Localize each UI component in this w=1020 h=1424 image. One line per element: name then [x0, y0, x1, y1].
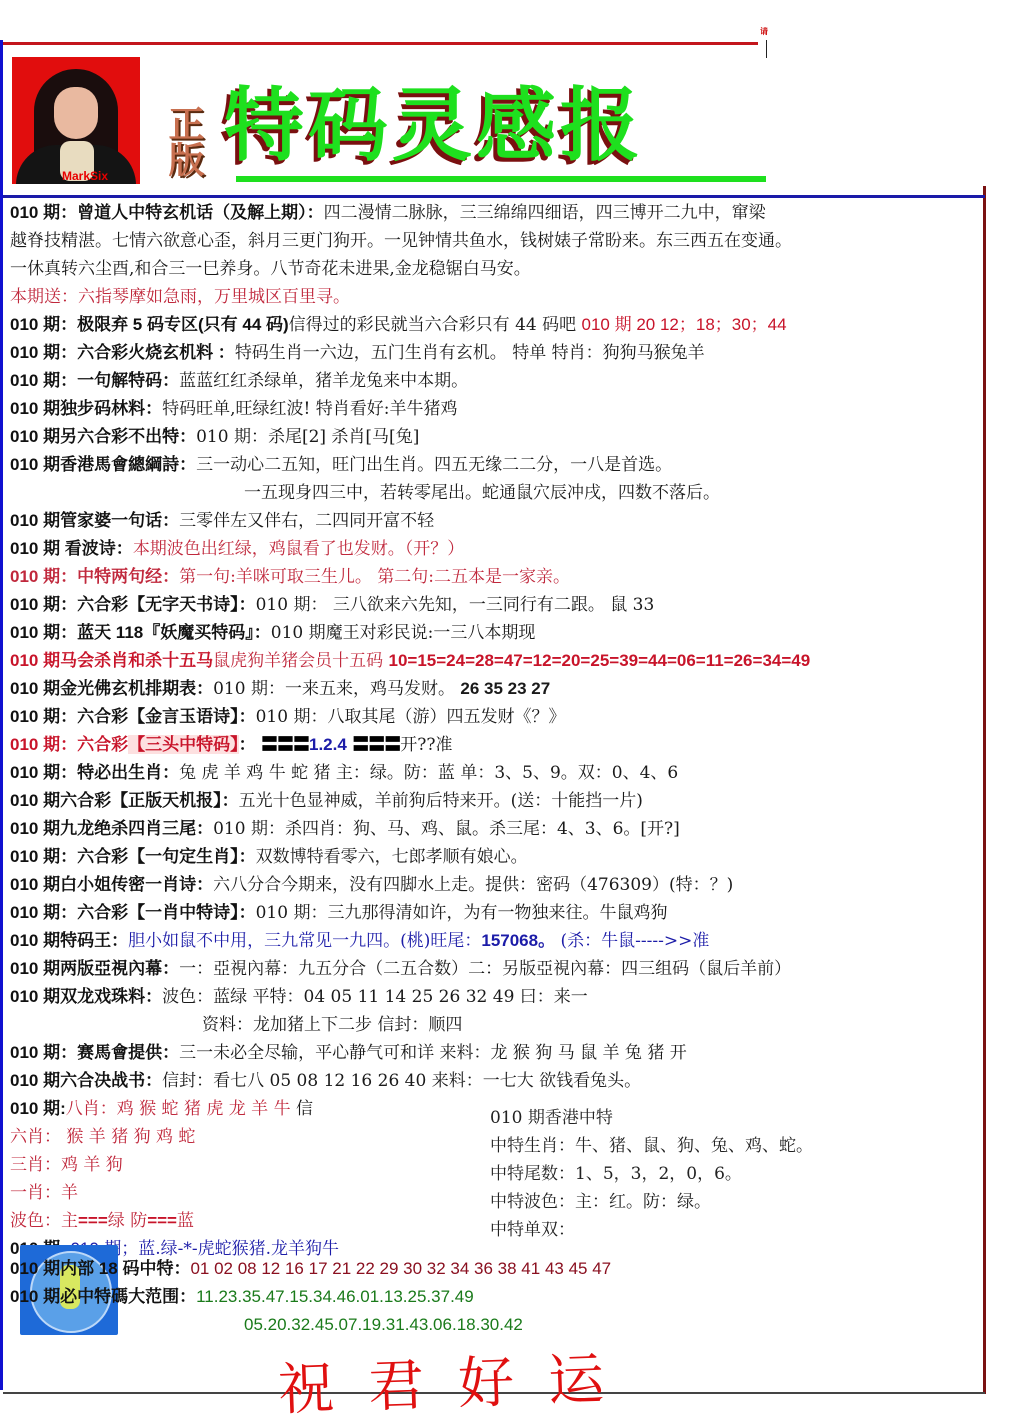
- zodiac-label: 010 期:: [10, 1099, 66, 1118]
- row-text: 一：亞視內幕：九五分合（二五合数）二：另版亞視內幕：四三组码（鼠后羊前）: [179, 959, 791, 979]
- hk-box-zodiac: 中特生肖：牛、猪、鼠、狗、兔、鸡、蛇。: [490, 1132, 813, 1160]
- row-text: 010 期： 三八欲来六先知，一三同行有二跟。 鼠 33: [256, 595, 655, 615]
- row-text: 信封：看七八 05 08 12 16 26 40 来料：一七大 欲钱看兔头。: [162, 1071, 641, 1091]
- portrait-photo: MarkSix: [12, 57, 140, 184]
- row-label: 010 期马会杀肖和杀十五马: [10, 651, 213, 670]
- row-one-sentence: 010 期：一句解特码：蓝蓝红红杀绿单，猪羊龙兔来中本期。: [10, 370, 468, 392]
- photo-brand-logo: MarkSix: [62, 169, 108, 183]
- row-label: 010 期：蓝天 118『妖魔买特码』：: [10, 623, 271, 642]
- range-line-1: 010 期必中特碼大范围：11.23.35.47.15.34.46.01.13.…: [10, 1286, 474, 1308]
- edition-mark: 正版: [146, 105, 204, 187]
- row-atv-inside: 010 期两版亞視內幕：一：亞視內幕：九五分合（二五合数）二：另版亞視內幕：四三…: [10, 958, 791, 980]
- title-underline: [236, 176, 766, 182]
- zodiac-eight: 八肖：鸡 猴 蛇 猪 虎 龙 羊 牛: [66, 1099, 291, 1119]
- row-double-dragon: 010 期双龙戏珠料：波色：蓝绿 平特：04 05 11 14 25 26 32…: [10, 986, 588, 1008]
- zodiac-three-line: 三肖：鸡 羊 狗: [10, 1154, 123, 1176]
- row-label: 010 期：极限弃 5 码专区(只有 44 码): [10, 315, 289, 334]
- range-label: 010 期必中特碼大范围：: [10, 1287, 196, 1306]
- row-label: 010 期白小姐传密一肖诗：: [10, 875, 213, 894]
- header-top-note: 请: [760, 26, 768, 37]
- row-numbers: 10=15=24=28=47=12=20=25=39=44=06=11=26=3…: [389, 651, 811, 670]
- header-bottom-rule: [3, 195, 985, 198]
- row-label: 010 期：一句解特码：: [10, 371, 179, 390]
- row-text: 三一动心二五知，旺门出生肖。四五无缘二二分，一八是首选。: [196, 455, 672, 475]
- row-text: 鼠虎狗羊猪会员十五码: [213, 651, 388, 671]
- page-title: 特码灵感报: [224, 78, 644, 174]
- row-label: 010 期双龙戏珠料：: [10, 987, 162, 1006]
- zodiac-eight-tail: 信: [296, 1099, 313, 1119]
- row-label: 010 期 看波诗：: [10, 539, 133, 558]
- row-label: 010 期六合彩【正版天机报】：: [10, 791, 239, 810]
- row-text: 特码生肖一六边，五门生肖有玄机。 特单 特肖：狗狗马猴兔羊: [235, 343, 705, 363]
- row-text: 本期波色出红绿，鸡鼠看了也发财。（开？）: [133, 539, 465, 559]
- row-text: 三一未必全尽输，平心静气可和详 来料：龙 猴 狗 马 鼠 羊 兔 猪 开: [179, 1043, 687, 1063]
- row-label: 010 期管家婆一句话：: [10, 511, 179, 530]
- portrait-face: [54, 87, 98, 139]
- page-left-border: [0, 40, 3, 1390]
- hk-box-odd-even: 中特单双：: [490, 1216, 813, 1244]
- row-label: 010 期：中特两句经：: [10, 567, 179, 586]
- row-label: 010 期：六合彩【一句定生肖】：: [10, 847, 256, 866]
- zodiac-last-text: 期；蓝.绿-*-虎蛇猴猪.龙羊狗牛: [99, 1239, 339, 1259]
- row-text: 信得过的彩民就当六合彩只有 44 码吧: [289, 315, 582, 335]
- row-golden-words: 010 期：六合彩【金言玉语诗】：010 期：八取其尾（游）四五发财《？》: [10, 706, 565, 728]
- range-numbers-1: 11.23.35.47.15.34.46.01.13.25.37.49: [196, 1287, 474, 1306]
- row-label: 010 期：六合彩【一肖中特诗】：: [10, 903, 256, 922]
- row-unique-code: 010 期独步码林料：特码旺单,旺绿红波! 特肖看好:羊牛猪鸡: [10, 398, 457, 420]
- row-nine-dragons: 010 期九龙绝杀四肖三尾：010 期：杀四肖：狗、马、鸡、鼠。杀三尾：4、3、…: [10, 818, 680, 840]
- poem-line-1: 010 期：曾道人中特玄机话（及解上期）：四二漫情二脉脉，三三绵绵四细语，四三博…: [10, 202, 766, 224]
- row-label: 010 期：赛馬會提供：: [10, 1043, 179, 1062]
- row-wordless-book: 010 期：六合彩【无字天书诗】：010 期： 三八欲来六先知，一三同行有二跟。…: [10, 594, 654, 616]
- wave-eq: ===: [78, 1211, 108, 1230]
- hk-special-box: 010 期香港中特 中特生肖：牛、猪、鼠、狗、兔、鸡、蛇。 中特尾数：1、5，3…: [490, 1104, 813, 1244]
- row-label-colon: ：: [239, 735, 256, 754]
- row-text: 兔 虎 羊 鸡 牛 蛇 猪 主：绿。防：蓝 单：3、5、9。双：0、4、6: [179, 763, 678, 783]
- zodiac-wave-line: 波色：主===绿 防===蓝: [10, 1210, 194, 1232]
- hk-box-wave: 中特波色：主：红。防：绿。: [490, 1188, 813, 1216]
- row-label: 010 期六合决战书：: [10, 1071, 162, 1090]
- row-decisive-battle: 010 期六合决战书：信封：看七八 05 08 12 16 26 40 来料：一…: [10, 1070, 641, 1092]
- row-text: 波色：蓝绿 平特：04 05 11 14 25 26 32 49 曰：来一: [162, 987, 588, 1007]
- row-two-sentence: 010 期：中特两句经：第一句:羊咪可取三生儿。 第二句:二五本是一家亲。: [10, 566, 570, 588]
- row-text: 开??准: [400, 735, 452, 755]
- row-must-zodiac: 010 期：特必出生肖：兔 虎 羊 鸡 牛 蛇 猪 主：绿。防：蓝 单：3、5、…: [10, 762, 678, 784]
- row-text: 三零伴左又伴右，二四同开富不轻: [179, 511, 434, 531]
- row-kill-15: 010 期马会杀肖和杀十五马鼠虎狗羊猪会员十五码 10=15=24=28=47=…: [10, 650, 810, 672]
- row-genuine-tianji: 010 期六合彩【正版天机报】：五光十色显神威，羊前狗后特来开。(送：十能挡一片…: [10, 790, 643, 812]
- row-text: 双数博特看零六，七郎孝顺有娘心。: [256, 847, 528, 867]
- row-wave-poem: 010 期 看波诗：本期波色出红绿，鸡鼠看了也发财。（开？）: [10, 538, 464, 560]
- wave-main: 绿 防: [108, 1211, 147, 1231]
- row-special-king: 010 期特码王：胆小如鼠不中用，三九常见一九四。(桃)旺尾：157068。 (…: [10, 930, 709, 952]
- row-label: 010 期：六合彩: [10, 735, 128, 754]
- wave-prefix: 波色：主: [10, 1211, 78, 1231]
- row-label: 010 期特码王：: [10, 931, 128, 950]
- row-three-heads: 010 期：六合彩【三头中特码】： 〓〓〓1.2.4 〓〓〓开??准: [10, 734, 452, 756]
- row-golden-buddha: 010 期金光佛玄机排期表：010 期：一来五来，鸡马发财。 26 35 23 …: [10, 678, 550, 700]
- poem-text-1: 四二漫情二脉脉，三三绵绵四细语，四三博开二九中，窜梁: [324, 203, 766, 223]
- row-bars: 〓〓〓: [261, 735, 309, 754]
- row-hk-jockey-poem: 010 期香港馬會總綱詩：三一动心二五知，旺门出生肖。四五无缘二二分，一八是首选…: [10, 454, 672, 476]
- zodiac-one-line: 一肖：羊: [10, 1182, 78, 1204]
- hk-box-tails: 中特尾数：1、5，3，2，0，6。: [490, 1160, 813, 1188]
- row-bluesky-118: 010 期：蓝天 118『妖魔买特码』：010 期魔王对彩民说:一三八本期现: [10, 622, 535, 644]
- row-text: 010 期魔王对彩民说:一三八本期现: [271, 623, 536, 643]
- wave-alt: 蓝: [177, 1211, 194, 1231]
- header-top-rule: [2, 42, 758, 45]
- row-miss-bai: 010 期白小姐传密一肖诗：六八分合今期来，没有四脚水上走。提供：密码（4763…: [10, 874, 733, 896]
- row-label: 010 期另六合彩不出特：: [10, 427, 196, 446]
- row-label: 010 期两版亞視內幕：: [10, 959, 179, 978]
- header-tick-divider: [766, 40, 767, 58]
- blessing-text: 祝君好运: [277, 1334, 640, 1424]
- row-text: 五光十色显神威，羊前狗后特来开。(送：十能挡一片): [239, 791, 643, 811]
- zodiac-eight-line: 010 期:八肖：鸡 猴 蛇 猪 虎 龙 羊 牛 信: [10, 1098, 313, 1120]
- wave-eq: ===: [147, 1211, 177, 1230]
- row-one-sentence-zodiac: 010 期：六合彩【一句定生肖】：双数博特看零六，七郎孝顺有娘心。: [10, 846, 528, 868]
- row-hk-jockey-poem-cont: 一五现身四三中，若转零尾出。蛇通鼠穴辰冲戌，四数不落后。: [244, 482, 720, 504]
- row-numbers: 1.2.4: [309, 735, 347, 754]
- row-jockey-club: 010 期：赛馬會提供：三一未必全尽输，平心静气可和详 来料：龙 猴 狗 马 鼠…: [10, 1042, 687, 1064]
- row-bars: 〓〓〓: [352, 735, 400, 754]
- row-numbers: 157068。: [481, 931, 555, 950]
- inner-18-numbers: 01 02 08 12 16 17 21 22 29 30 32 34 36 3…: [190, 1259, 611, 1278]
- row-label: 010 期：六合彩【无字天书诗】：: [10, 595, 256, 614]
- row-label: 010 期：六合彩【金言玉语诗】：: [10, 707, 256, 726]
- row-text: 六八分合今期来，没有四脚水上走。提供：密码（476309）(特：？): [213, 875, 733, 895]
- inner-18-codes-line: 010 期内部 18 码中特：01 02 08 12 16 17 21 22 2…: [10, 1258, 611, 1280]
- row-text: 010 期：杀尾[2] 杀肖[马[兔]: [196, 427, 419, 447]
- inner-18-label: 010 期内部 18 码中特：: [10, 1259, 190, 1278]
- row-housekeeper: 010 期管家婆一句话：三零伴左又伴右，二四同开富不轻: [10, 510, 434, 532]
- row-numbers: 26 35 23 27: [460, 679, 550, 698]
- row-double-dragon-cont: 资料：龙加猪上下二步 信封：顺四: [202, 1014, 462, 1036]
- row-text: 特码旺单,旺绿红波! 特肖看好:羊牛猪鸡: [162, 399, 457, 419]
- row-text: 010 期：八取其尾（游）四五发财《？》: [256, 707, 566, 727]
- row-label-highlight: 【三头中特码】: [128, 735, 239, 754]
- row-label: 010 期香港馬會總綱詩：: [10, 455, 196, 474]
- poem-gift-line: 本期送：六指琴摩如急雨，万里城区百里寻。: [10, 286, 350, 308]
- poem-line-3: 一休真转六尘酉,和合三一巳养身。八节奇花未进果,金龙稳锯白马安。: [10, 258, 531, 280]
- row-text: 010 期：一来五来，鸡马发财。: [213, 679, 460, 699]
- range-line-2: 05.20.32.45.07.19.31.43.06.18.30.42: [244, 1314, 523, 1336]
- poem-label: 010 期：曾道人中特玄机话（及解上期）：: [10, 203, 324, 222]
- row-text: 胆小如鼠不中用，三九常见一九四。(桃)旺尾：: [128, 931, 481, 951]
- row-text: 第一句:羊咪可取三生儿。 第二句:二五本是一家亲。: [179, 567, 570, 587]
- poem-line-2: 越脊技精湛。七情六欲意心歪，斜月三更门狗开。一见钟情共鱼水，钱树婊子常盼来。东三…: [10, 230, 792, 252]
- row-label: 010 期：特必出生肖：: [10, 763, 179, 782]
- row-fire-mystery: 010 期：六合彩火烧玄机料 ：特码生肖一六边，五门生肖有玄机。 特单 特肖：狗…: [10, 342, 705, 364]
- row-no-special: 010 期另六合彩不出特：010 期：杀尾[2] 杀肖[马[兔]: [10, 426, 419, 448]
- row-label: 010 期：六合彩火烧玄机料 ：: [10, 343, 235, 362]
- page-right-border: [983, 186, 986, 1394]
- row-label: 010 期金光佛玄机排期表：: [10, 679, 213, 698]
- hk-box-title: 010 期香港中特: [490, 1104, 813, 1132]
- row-highlight-numbers: 010 期 20 12；18；30；44: [582, 315, 787, 334]
- row-text: 010 期：三九那得清如许，为有一物独来往。牛鼠鸡狗: [256, 903, 668, 923]
- row-label: 010 期独步码林料：: [10, 399, 162, 418]
- brand-red-text: MarkSix: [62, 169, 108, 183]
- row-limit-5-codes: 010 期：极限弃 5 码专区(只有 44 码)信得过的彩民就当六合彩只有 44…: [10, 314, 787, 336]
- row-text: 蓝蓝红红杀绿单，猪羊龙兔来中本期。: [179, 371, 468, 391]
- zodiac-six-line: 六肖： 猴 羊 猪 狗 鸡 蛇: [10, 1126, 195, 1148]
- row-tail: (杀：牛鼠----->>准: [555, 931, 709, 951]
- row-text: 010 期：杀四肖：狗、马、鸡、鼠。杀三尾：4、3、6。[开?]: [213, 819, 680, 839]
- row-label: 010 期九龙绝杀四肖三尾：: [10, 819, 213, 838]
- row-one-zodiac-poem: 010 期：六合彩【一肖中特诗】：010 期：三九那得清如许，为有一物独来往。牛…: [10, 902, 667, 924]
